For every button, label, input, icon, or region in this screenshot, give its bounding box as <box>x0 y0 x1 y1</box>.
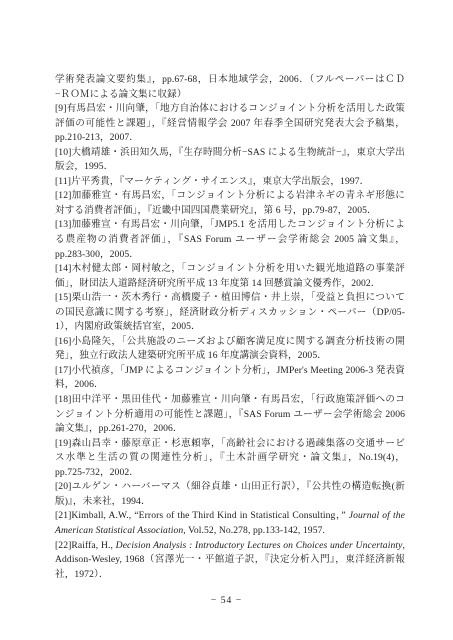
reference-entry: [21]Kimball, A.W., “Errors of the Third … <box>55 509 405 538</box>
reference-text: [18]田中洋平・黒田佳代・加藤雅宣・川向肇・有馬昌宏，「行政施策評価へのコンジ… <box>55 394 405 434</box>
reference-title-italic: Decision Analysis : Introductory Lecture… <box>116 540 403 551</box>
reference-entry: [19]森山昌幸・藤原章正・杉恵頼寧，「高齢社会における過疎集落の交通サービス水… <box>55 437 405 481</box>
reference-text: [11]片平秀貴，『マーケティング・サイエンス』，東京大学出版会，1997． <box>55 176 369 187</box>
reference-text: [17]小代禎彦，「JMP によるコンジョイント分析」，JMPer's Meet… <box>55 365 405 391</box>
reference-entry: [17]小代禎彦，「JMP によるコンジョイント分析」，JMPer's Meet… <box>55 364 405 393</box>
reference-text: [20]ユルゲン・ハーバーマス（細谷貞雄・山田正行訳），『公共性の構造転換(新版… <box>55 481 405 507</box>
reference-text: [16]小島隆矢，「公共施設のニーズおよび顧客満足度に関する調査分析技術の開発」… <box>55 336 405 362</box>
reference-text: [19]森山昌幸・藤原章正・杉恵頼寧，「高齢社会における過疎集落の交通サービス水… <box>55 438 405 478</box>
reference-text: [10]大橋靖雄・浜田知久馬，『生存時間分析−SAS による生物統計−』，東京大… <box>55 147 405 173</box>
reference-entry: [9]有馬昌宏・川向肇，「地方自治体におけるコンジョイント分析を活用した政策評価… <box>55 102 405 146</box>
page-number: − 54 − <box>0 595 453 606</box>
reference-entry: [13]加藤雅宣・有馬昌宏・川向肇，「JMP5.1 を活用したコンジョイント分析… <box>55 218 405 262</box>
reference-entry: [12]加藤雅宣・有馬昌宏，「コンジョイント分析による岩津ネギの青ネギ形態に対す… <box>55 189 405 218</box>
reference-entry: [11]片平秀貴，『マーケティング・サイエンス』，東京大学出版会，1997． <box>55 175 405 190</box>
reference-text: [9]有馬昌宏・川向肇，「地方自治体におけるコンジョイント分析を活用した政策評価… <box>55 103 405 143</box>
reference-text: [22]Raiffa, H., <box>55 540 116 551</box>
reference-entry: [20]ユルゲン・ハーバーマス（細谷貞雄・山田正行訳），『公共性の構造転換(新版… <box>55 480 405 509</box>
reference-entry: [10]大橋靖雄・浜田知久馬，『生存時間分析−SAS による生物統計−』，東京大… <box>55 146 405 175</box>
references-list: 学術発表論文要約集』，pp.67-68，日本地域学会，2006．（フルペーパーは… <box>55 73 405 582</box>
reference-text: [14]木村健太郎・岡村敏之，「コンジョイント分析を用いた観光地道路の事業評価」… <box>55 263 405 289</box>
reference-entry: 学術発表論文要約集』，pp.67-68，日本地域学会，2006．（フルペーパーは… <box>55 73 405 102</box>
reference-entry: [15]栗山浩一・茨木秀行・高橋慶子・植田博信・井上崇，「受益と負担についての国… <box>55 291 405 335</box>
reference-entry: [16]小島隆矢，「公共施設のニーズおよび顧客満足度に関する調査分析技術の開発」… <box>55 335 405 364</box>
reference-text: , Vol.52, No.278, pp.133-142, 1957. <box>183 525 325 536</box>
reference-text: 学術発表論文要約集』，pp.67-68，日本地域学会，2006．（フルペーパーは… <box>55 74 405 100</box>
document-page: 学術発表論文要約集』，pp.67-68，日本地域学会，2006．（フルペーパーは… <box>0 0 453 640</box>
reference-text: [13]加藤雅宣・有馬昌宏・川向肇，「JMP5.1 を活用したコンジョイント分析… <box>55 219 405 259</box>
reference-text: [21]Kimball, A.W., “Errors of the Third … <box>55 510 349 521</box>
reference-text: [15]栗山浩一・茨木秀行・高橋慶子・植田博信・井上崇，「受益と負担についての国… <box>55 292 405 332</box>
reference-entry: [18]田中洋平・黒田佳代・加藤雅宣・川向肇・有馬昌宏，「行政施策評価へのコンジ… <box>55 393 405 437</box>
reference-entry: [22]Raiffa, H., Decision Analysis : Intr… <box>55 539 405 583</box>
reference-text: [12]加藤雅宣・有馬昌宏，「コンジョイント分析による岩津ネギの青ネギ形態に対す… <box>55 190 405 216</box>
reference-entry: [14]木村健太郎・岡村敏之，「コンジョイント分析を用いた観光地道路の事業評価」… <box>55 262 405 291</box>
